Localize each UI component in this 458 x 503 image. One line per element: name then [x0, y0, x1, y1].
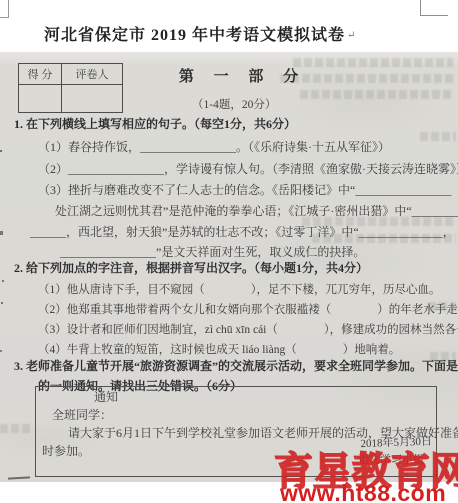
section-subheading: （1-4题，20分）	[192, 96, 276, 112]
score-label-cell: 得 分	[19, 64, 62, 85]
q2-stem: 2. 给下列加点的字注音，根据拼音写出汉字。（每小题1分，共4分）	[14, 261, 368, 276]
section-heading: 第 一 部 分	[150, 65, 335, 86]
q2-item-2: （2）他郑重其事地带着两个女儿和女婿向那个衣服褴褛（ ）的年老水手走去。	[38, 303, 458, 318]
paragraph-return-mark: ↵	[347, 30, 356, 41]
bleed-through-text	[300, 90, 452, 99]
q1-item-3-line3: ______，西北望，射天狼”是苏轼的壮志不改；《过零丁洋》中“________…	[30, 225, 455, 240]
q1-item-3-line2: 处江湖之远则忧其君”是范仲淹的拳拳心语；《江城子·密州出猎》中“________…	[55, 204, 458, 219]
q1-item-2: （2）________________，学诗谩有惊人句。（李清照《渔家傲·天接云…	[38, 162, 458, 177]
notice-title: 通知	[94, 390, 118, 405]
q2-item-3: （3）设计者和匠师们因地制宜，zì chū xīn cái（ ），修建成功的园林…	[38, 323, 458, 338]
scanned-exam-page: 得 分 评卷人 第 一 部 分 （1-4题，20分） 1. 在下列横线上填写相应…	[0, 52, 458, 482]
page-title-text: 河北省保定市 2019 年中考语文模拟试卷	[44, 27, 345, 44]
q3-stem-line1: 3. 老师准备儿童节开展“旅游资源调查”的交流展示活动，要求全班同学参加。下面是…	[14, 359, 458, 374]
q1-stem: 1. 在下列横线上填写相应的句子。（每空1分，共6分）	[14, 117, 296, 132]
crop-mark-top-left	[0, 0, 9, 18]
crop-mark-top-right	[420, 0, 448, 16]
score-table: 得 分 评卷人	[18, 63, 123, 113]
watermark-site-url: www.ht88.com	[280, 480, 446, 503]
grader-value-cell	[62, 85, 123, 113]
q1-item-3-line1: （3）挫折与磨难改变不了仁人志士的信念。《岳阳楼记》中“____________…	[38, 183, 451, 198]
scan-specks	[0, 150, 2, 152]
q2-item-4: （4）牛背上牧童的短笛，这时候也成天 liáo liàng（ ）地响着。	[38, 343, 400, 358]
notice-salutation: 全班同学：	[52, 408, 112, 423]
q2-item-1: （1）他从唐诗下手，目不窥园（ ），足不下楼，兀兀穷年，历尽心血。	[38, 283, 441, 298]
score-value-cell	[19, 85, 62, 113]
q1-item-3-line4: ________________”是文天祥面对生死，取义成仁的抉择。	[60, 245, 365, 260]
bleed-through-text	[420, 132, 456, 141]
q1-item-1: （1）舂谷持作饭，________________。（《乐府诗集·十五从军征》）	[38, 140, 390, 155]
page-title: 河北省保定市 2019 年中考语文模拟试卷↵	[44, 22, 356, 45]
notice-body-line2: 时参加。	[42, 444, 90, 459]
grader-label-cell: 评卷人	[62, 64, 123, 85]
bleed-through-text	[0, 424, 30, 433]
